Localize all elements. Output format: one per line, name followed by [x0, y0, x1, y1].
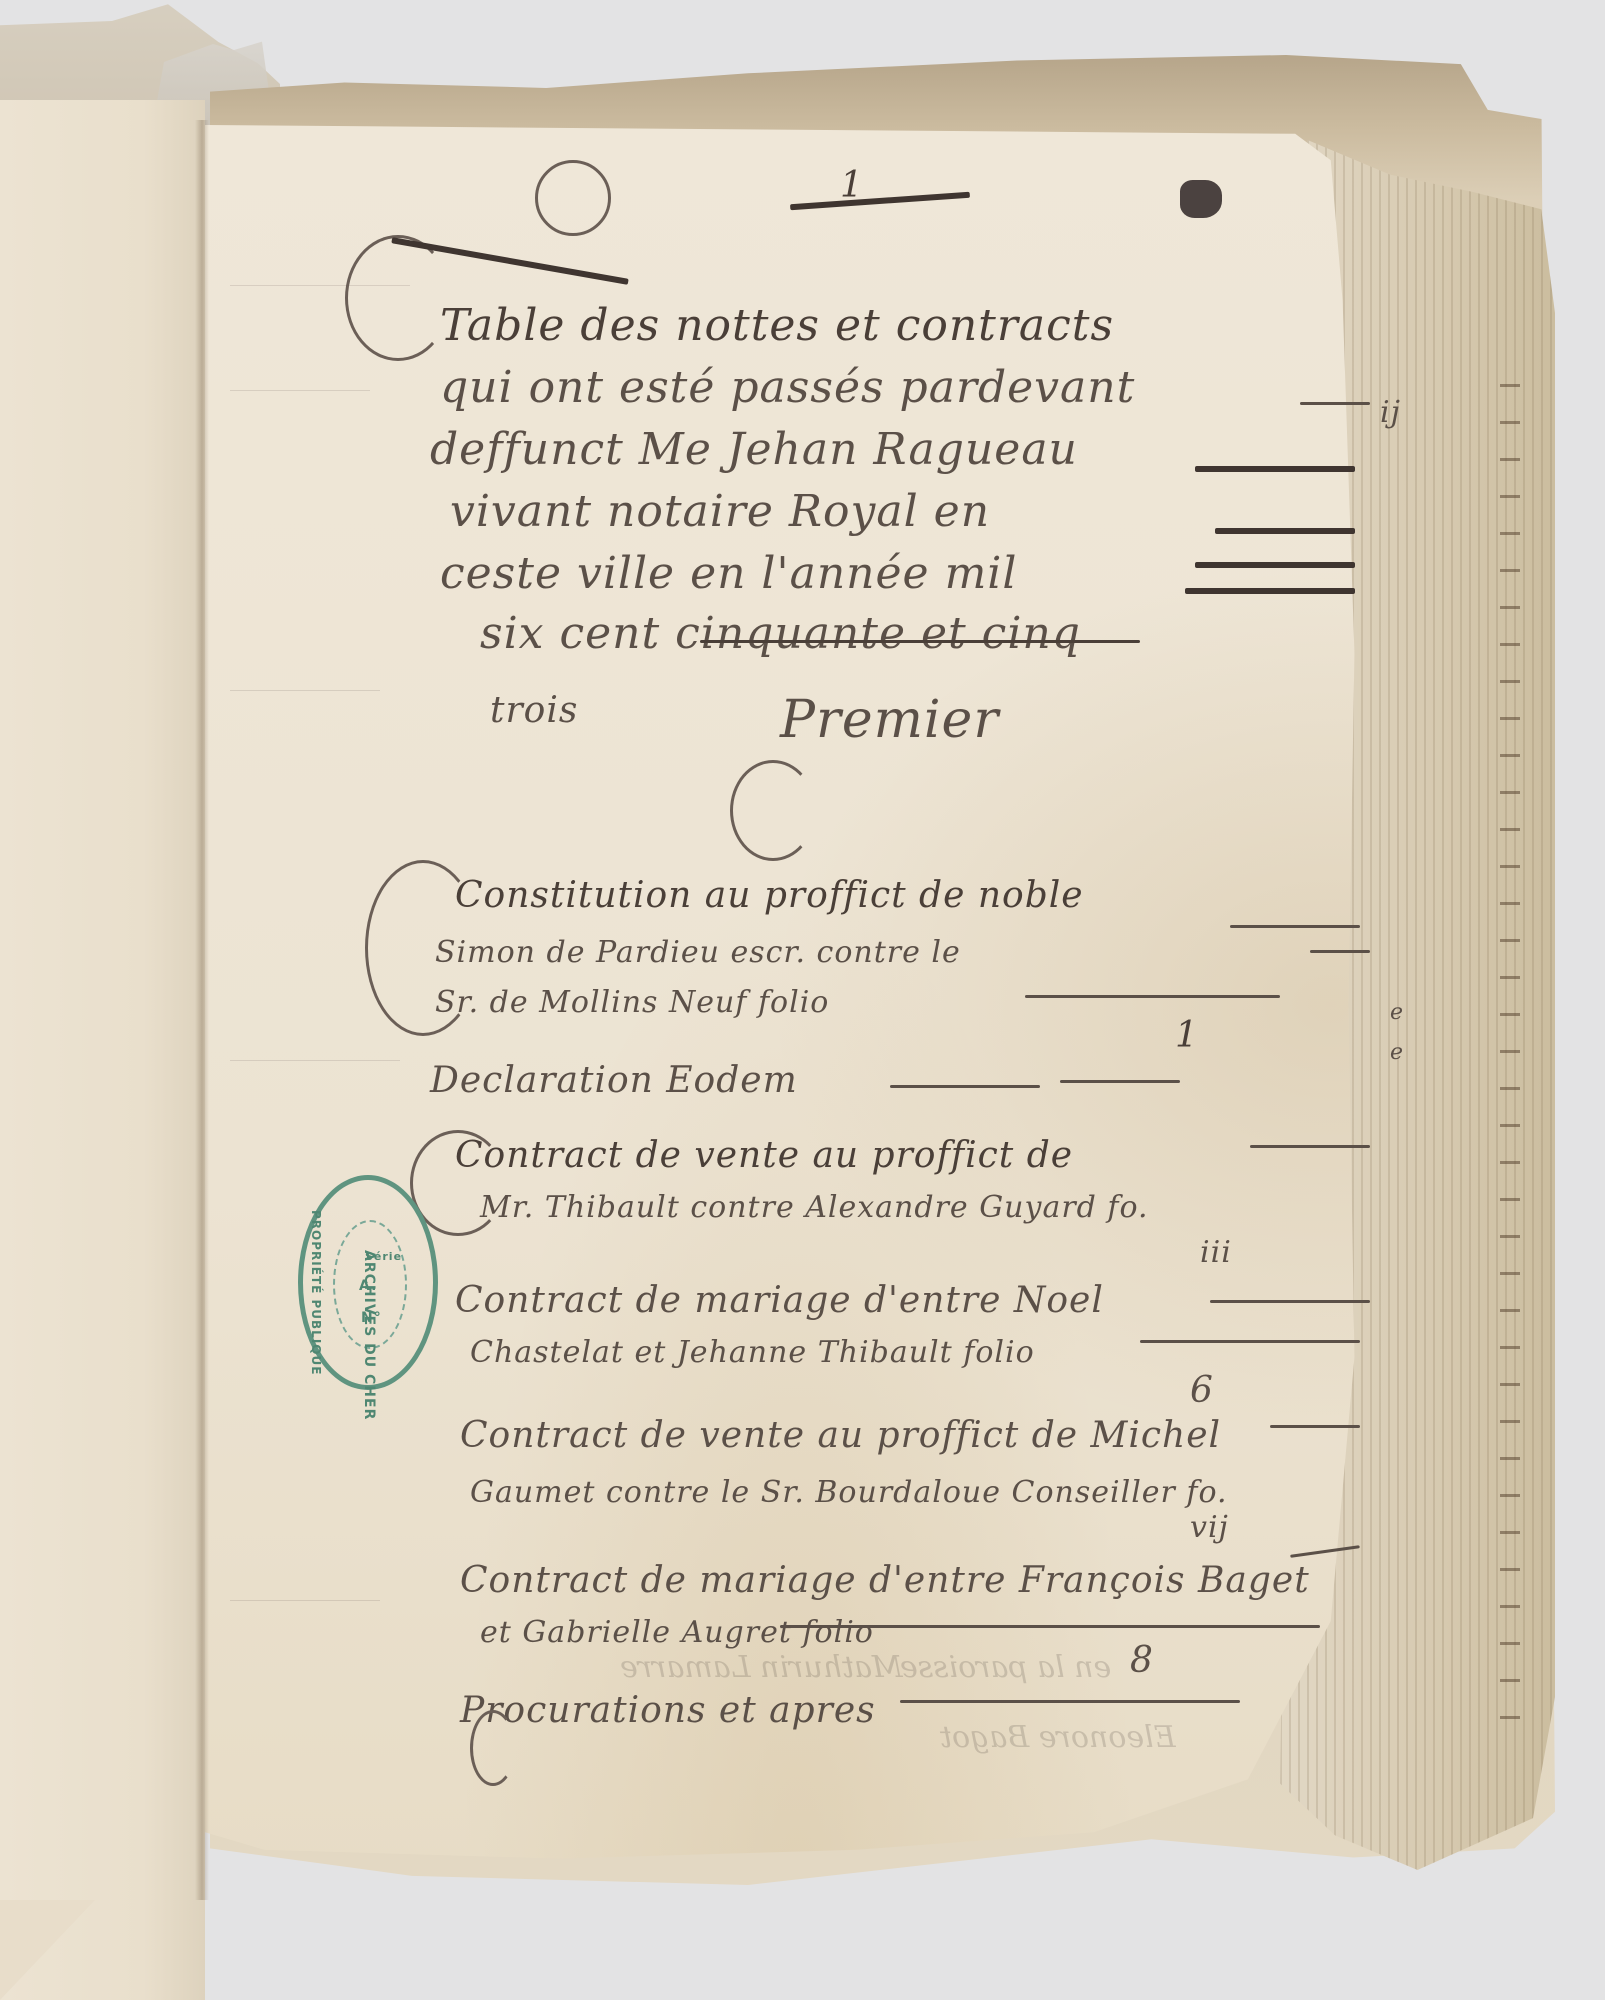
stamp-number-label: N° — [361, 1310, 382, 1326]
line-filler — [1250, 1145, 1370, 1148]
folio-mark: 1 — [840, 165, 864, 206]
entry-1-line-2: Simon de Pardieu escr. contre le — [435, 935, 961, 970]
title-line-5: ceste ville en l'année mil — [440, 548, 1017, 599]
title-line-2: qui ont esté passés pardevant — [440, 362, 1135, 413]
left-page-blank — [0, 100, 205, 2000]
entry-1-folio: 1 — [1175, 1015, 1199, 1056]
line-filler — [1060, 1080, 1180, 1083]
page-stack-ruling-ticks — [1500, 350, 1520, 1750]
archive-stamp: ARCHIVES DU CHER PROPRIÉTÉ PUBLIQUE Séri… — [298, 1175, 438, 1390]
heading-flourish-icon — [730, 760, 816, 861]
margin-note: e — [1390, 1040, 1404, 1065]
ink-blot — [1180, 180, 1222, 218]
strike-through — [700, 640, 1140, 643]
entry-7-line-1: Procurations et apres — [460, 1690, 876, 1731]
entry-1-line-3: Sr. de Mollins Neuf folio — [435, 985, 829, 1020]
line-filler — [1215, 528, 1355, 534]
line-filler — [1210, 1300, 1370, 1303]
line-filler — [1140, 1340, 1360, 1343]
ruling-line — [230, 1060, 400, 1061]
line-filler — [1195, 562, 1355, 568]
ruling-line — [230, 690, 380, 691]
title-line-3: deffunct Me Jehan Ragueau — [430, 424, 1078, 475]
entry-3-folio: iii — [1200, 1235, 1232, 1270]
entry-3-line-2: Mr. Thibault contre Alexandre Guyard fo. — [480, 1190, 1149, 1225]
entry-6-line-1: Contract de mariage d'entre François Bag… — [460, 1560, 1310, 1601]
entry-2-line-1: Declaration Eodem — [430, 1060, 798, 1101]
title-line-6: six cent cinquante et cinq — [480, 608, 1081, 659]
title-line-7: trois — [490, 690, 578, 731]
line-filler — [1185, 588, 1355, 594]
entry-5-line-1: Contract de vente au proffict de Michel — [460, 1415, 1221, 1456]
entry-6-folio: 8 — [1130, 1640, 1154, 1681]
ruling-line — [230, 1600, 380, 1601]
ruling-line — [230, 390, 370, 391]
bleed-through-text: Mathurin Lamarre — [620, 1650, 903, 1685]
entry-5-line-2: Gaumet contre le Sr. Bourdaloue Conseill… — [470, 1475, 1228, 1510]
section-heading: Premier — [780, 690, 999, 750]
entry-3-line-1: Contract de vente au proffict de — [455, 1135, 1073, 1176]
line-filler — [1300, 402, 1370, 405]
entry-6-line-2: et Gabrielle Augret folio — [480, 1615, 874, 1650]
entry-4-line-2: Chastelat et Jehanne Thibault folio — [470, 1335, 1035, 1370]
line-filler — [1270, 1425, 1360, 1428]
header-flourish-icon — [535, 160, 611, 236]
bleed-through-text: en la paroisse — [900, 1650, 1111, 1685]
entry-4-line-1: Contract de mariage d'entre Noel — [455, 1280, 1104, 1321]
stamp-series-value: A. — [359, 1278, 377, 1294]
stamp-text-top: ARCHIVES DU CHER — [361, 1250, 377, 1420]
line-filler — [900, 1700, 1240, 1703]
line-filler — [1230, 925, 1360, 928]
margin-note: ij — [1380, 395, 1401, 430]
title-line-1: Table des nottes et contracts — [440, 300, 1114, 351]
entry-4-folio: 6 — [1190, 1370, 1214, 1411]
line-filler — [1310, 950, 1370, 953]
entry-initial-P-loop-icon — [470, 1710, 516, 1786]
entry-5-folio: vij — [1190, 1510, 1229, 1545]
margin-note: e — [1390, 1000, 1404, 1025]
stamp-series-label: Série — [365, 1250, 402, 1263]
stamp-text-bottom: PROPRIÉTÉ PUBLIQUE — [309, 1210, 323, 1375]
title-initial-flourish-icon — [345, 235, 451, 361]
line-filler — [890, 1085, 1040, 1088]
line-filler — [1195, 466, 1355, 472]
bleed-through-text: Eleonore Bagot — [940, 1720, 1176, 1755]
gutter-shadow — [195, 120, 209, 1900]
title-line-4: vivant notaire Royal en — [450, 486, 990, 537]
line-filler — [1025, 995, 1280, 998]
line-filler — [780, 1625, 1320, 1628]
entry-1-line-1: Constitution au proffict de noble — [455, 875, 1084, 916]
